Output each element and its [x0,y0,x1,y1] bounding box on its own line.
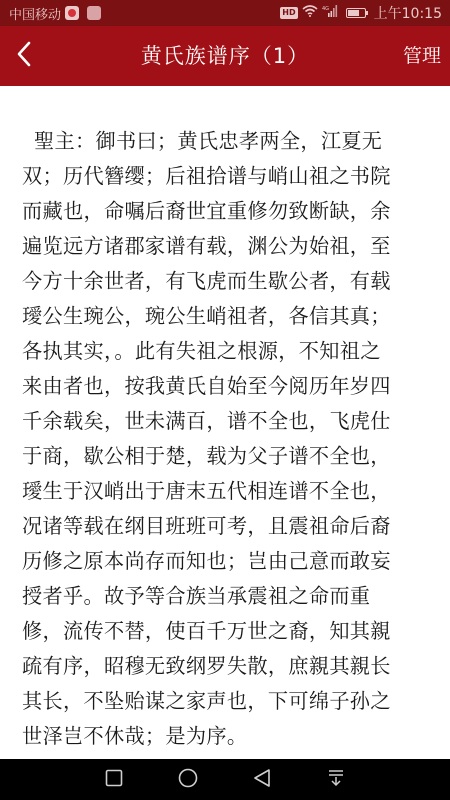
status-right: HD 4G 上午10:15 [280,3,442,23]
text-line: 双；历代簪缨；后祖拾谱与峭山祖之书院 [22,159,430,194]
chevron-left-icon [16,41,32,71]
app-notification-icon [87,6,101,20]
hd-icon: HD [280,7,297,19]
back-nav-button[interactable] [242,759,282,800]
page-title: 黄氏族谱序（1） [0,26,450,86]
text-line: 修，流传不替，使百千万世之裔，知其親 [22,614,430,649]
pull-down-icon [327,769,345,791]
text-line: 遍览远方诸郡家谱有载，渊公为始祖，至 [22,229,430,264]
battery-icon [346,8,366,18]
text-line: 授者乎。故予等合族当承震祖之命而重 [22,579,430,614]
system-nav-bar [0,759,450,800]
recents-button[interactable] [94,759,134,800]
wifi-icon [302,5,318,21]
square-icon [105,769,123,791]
home-button[interactable] [168,759,208,800]
text-line: 疏有序，昭穆无致纲罗失散，庶親其親长 [22,649,430,684]
text-line: 而藏也，命嘱后裔世宜重修勿致断缺，余 [22,194,430,229]
text-line: 历修之原本尚存而知也；岂由己意而敢妄 [22,544,430,579]
text-line: 璦生于汉峭出于唐末五代相连谱不全也， [22,474,430,509]
clock: 上午10:15 [374,3,442,23]
notification-pull-button[interactable] [316,759,356,800]
circle-icon [178,768,198,792]
article-content[interactable]: 聖主：御书曰；黄氏忠孝两全，江夏无 双；历代簪缨；后祖拾谱与峭山祖之书院 而藏也… [0,86,450,760]
text-line: 璦公生琬公，琬公生峭祖者，各信其真； [22,299,430,334]
text-line: 聖主：御书曰；黄氏忠孝两全，江夏无 [22,124,430,159]
text-line: 各执其实，。此有失祖之根源，不知祖之 [22,334,430,369]
status-left: 中国移动 [9,4,101,23]
text-line: 其长，不坠贻谋之家声也，下可绵子孙之 [22,684,430,719]
app-header: 黄氏族谱序（1） 管理 [0,26,450,86]
manage-button[interactable]: 管理 [403,26,441,86]
text-line: 于商，歇公相于楚，载为父子谱不全也， [22,439,430,474]
svg-text:4G: 4G [322,6,329,12]
text-line: 世泽岂不休哉；是为序。 [22,719,430,754]
back-button[interactable] [8,36,40,76]
status-bar: 中国移动 HD 4G 上午10:15 [0,0,450,26]
text-line: 况诸等载在纲目班班可考，且震祖命后裔 [22,509,430,544]
text-line: 来由者也，按我黄氏自始至今阅历年岁四 [22,369,430,404]
signal-icon: 4G [322,5,338,21]
triangle-back-icon [253,768,271,792]
article-body: 聖主：御书曰；黄氏忠孝两全，江夏无 双；历代簪缨；后祖拾谱与峭山祖之书院 而藏也… [0,86,450,754]
text-line: 千余载矣，世未满百，谱不全也，飞虎仕 [22,404,430,439]
app-notification-icon [65,6,79,20]
carrier-label: 中国移动 [9,4,61,23]
text-line: 今方十余世者，有飞虎而生歇公者，有载 [22,264,430,299]
